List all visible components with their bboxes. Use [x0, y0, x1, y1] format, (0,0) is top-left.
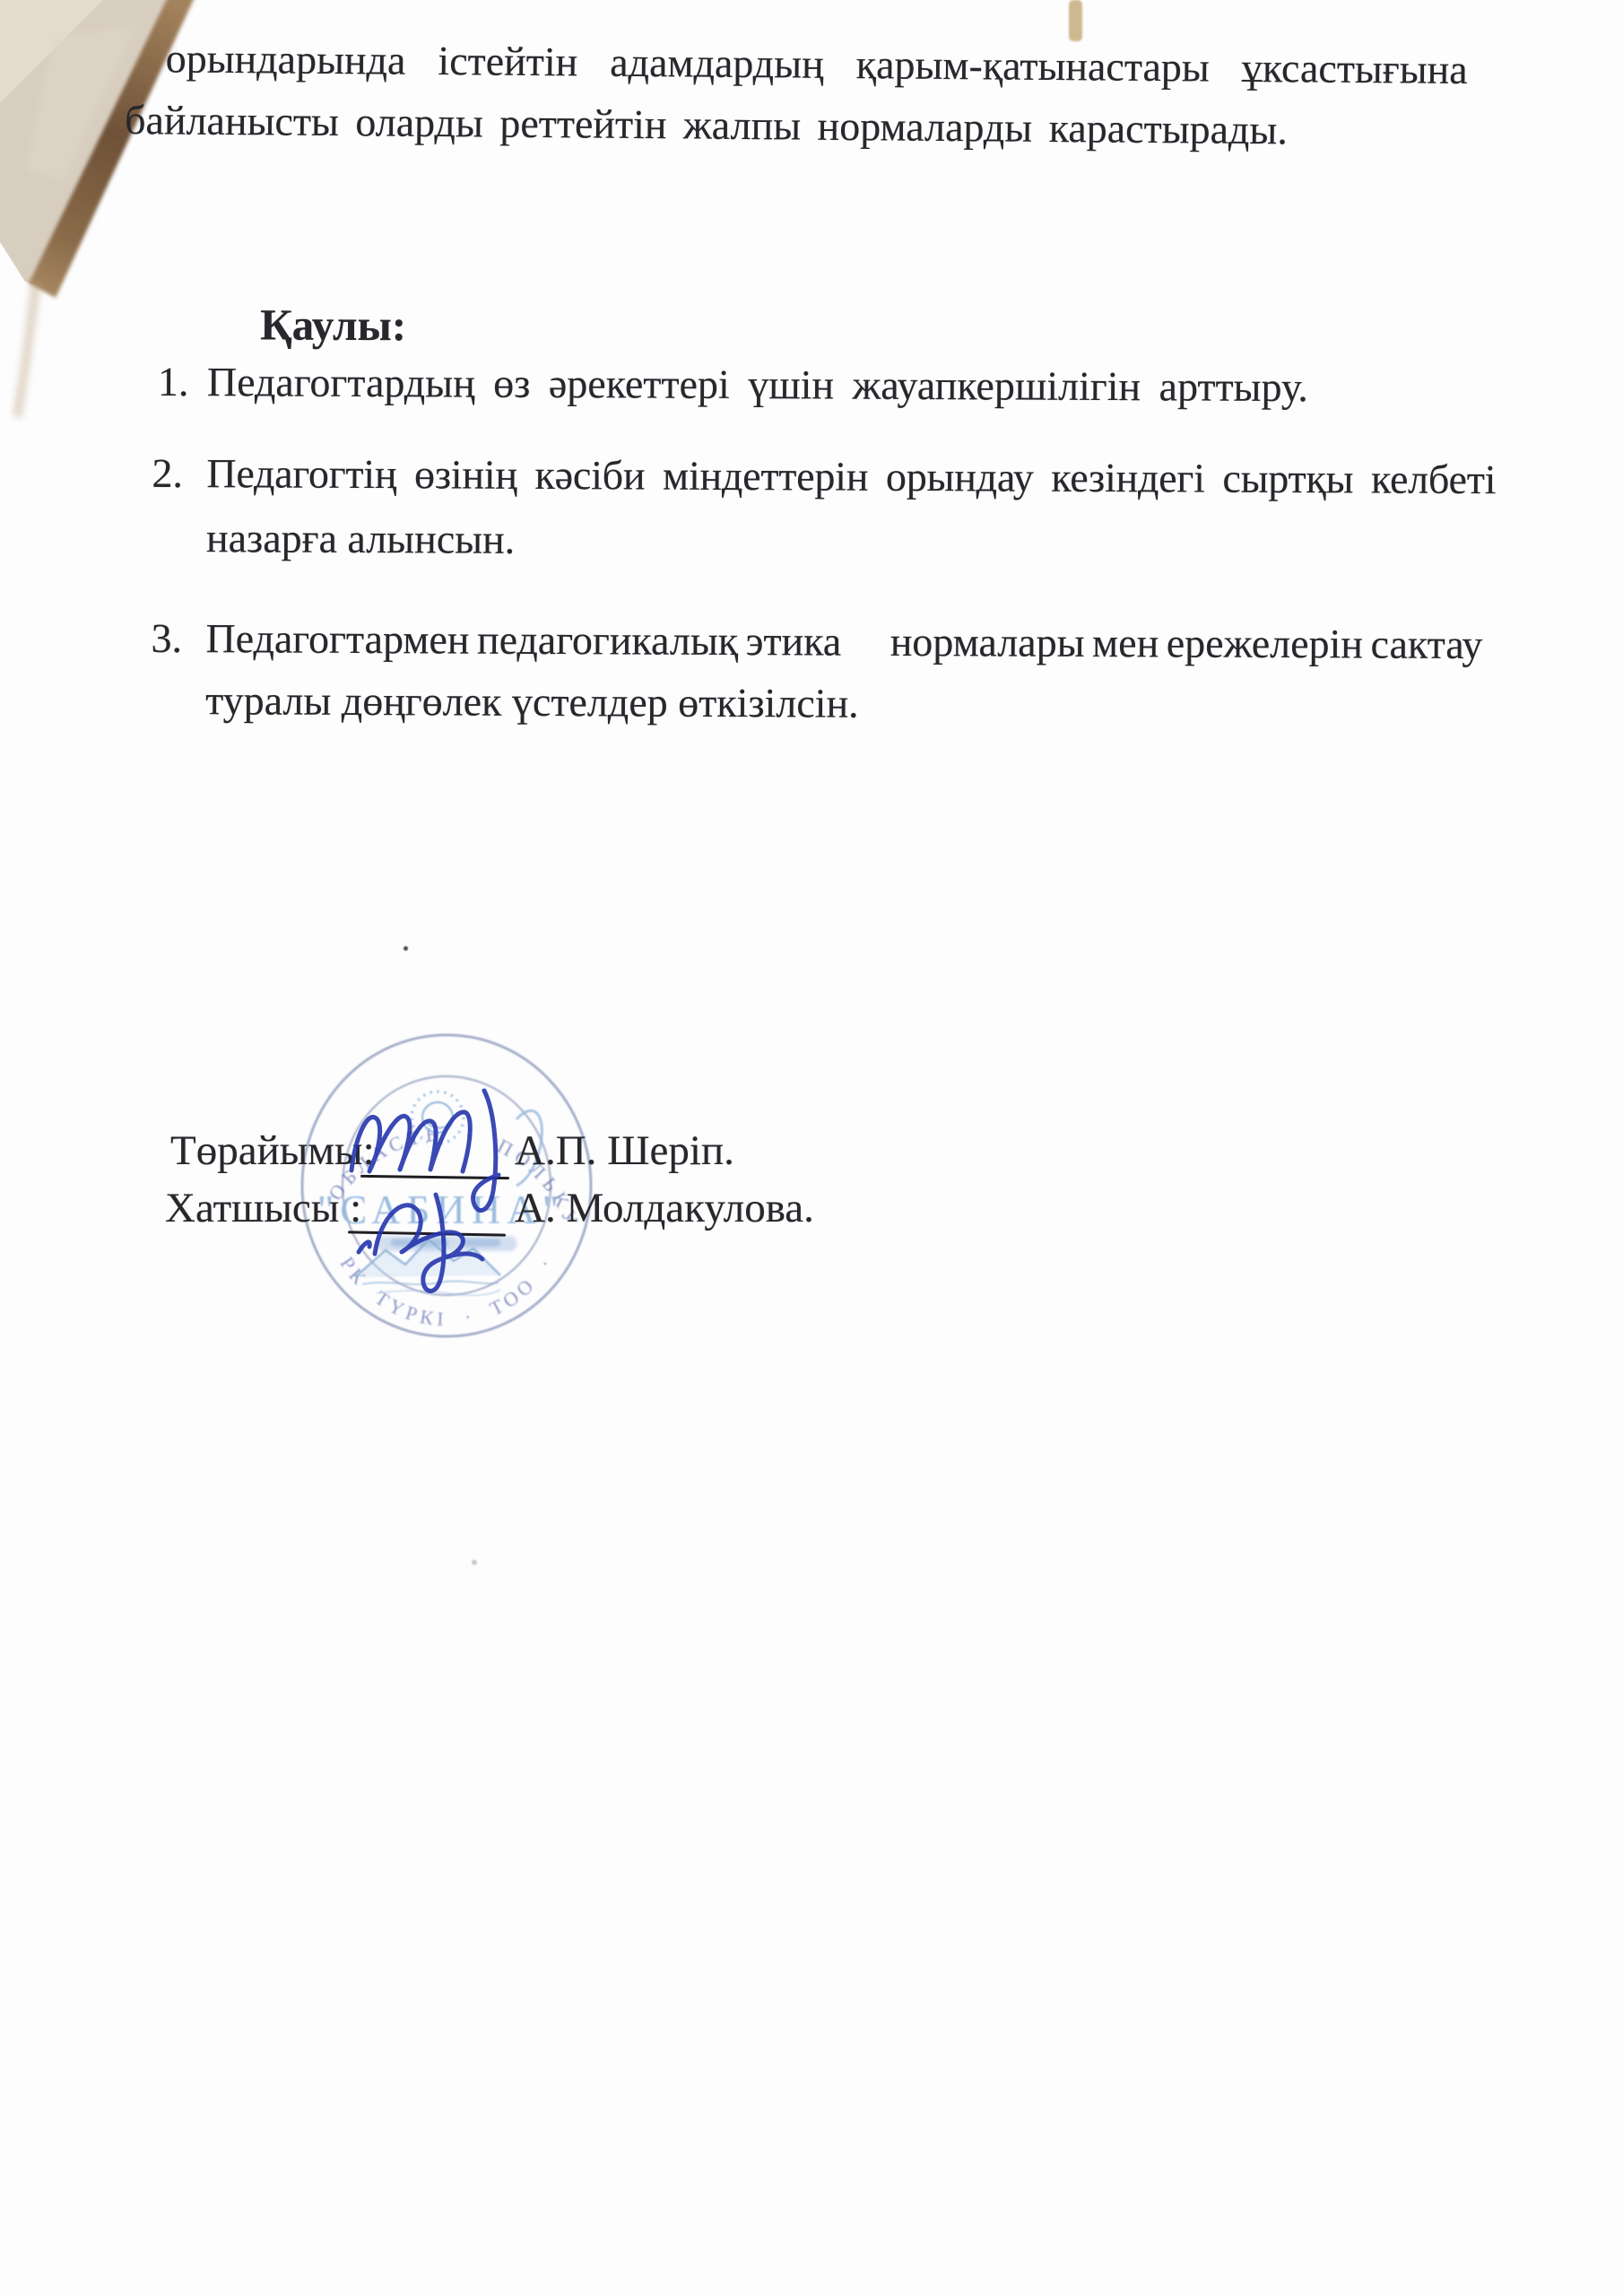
word: мен	[1092, 619, 1159, 668]
word: сактау	[1370, 620, 1482, 669]
word: Педагогтің	[206, 449, 396, 499]
word: келбеті	[1371, 455, 1497, 504]
word: нормалары	[890, 618, 1085, 667]
resolution-item-2-line-1: Педагогтің өзінің кәсіби міндеттерін оры…	[206, 449, 1496, 504]
word: ережелерін	[1167, 619, 1363, 668]
word: этика	[746, 617, 842, 666]
word: міндеттерін	[663, 452, 868, 501]
handwritten-signatures	[269, 1004, 655, 1390]
resolution-item-1: Педагогтардың өз әрекеттері үшін жауапке…	[207, 358, 1308, 412]
chair-signature-ink	[352, 1091, 499, 1211]
word: орындау	[886, 453, 1034, 502]
document-page: орындарында істейтін адамдардың қарым-қа…	[0, 0, 1623, 2296]
list-number-2: 2.	[152, 449, 183, 498]
secretary-signature-ink	[359, 1195, 482, 1291]
resolution-list: Қаулы: 1. Педагогтардың өз әрекеттері үш…	[0, 0, 1623, 815]
resolution-item-3-line-1: Педагогтармен педагогикалық этика нормал…	[205, 614, 1482, 669]
resolution-item-3-line-2: туралы дөңгөлек үстелдер өткізілсін.	[205, 676, 859, 728]
resolutions-heading: Қаулы:	[260, 299, 406, 352]
scan-speck	[404, 946, 408, 951]
list-number-3: 3.	[151, 614, 182, 663]
word: кәсіби	[534, 451, 645, 500]
resolution-item-2-line-2: назарға алынсын.	[206, 514, 515, 564]
word: өзінің	[414, 450, 517, 500]
list-number-1: 1.	[158, 358, 189, 406]
scan-speck	[472, 1560, 477, 1565]
word: педагогикалық	[477, 616, 738, 666]
word: Педагогтармен	[205, 614, 469, 665]
word: кезіндегі	[1051, 454, 1205, 503]
word: сыртқы	[1222, 455, 1353, 504]
